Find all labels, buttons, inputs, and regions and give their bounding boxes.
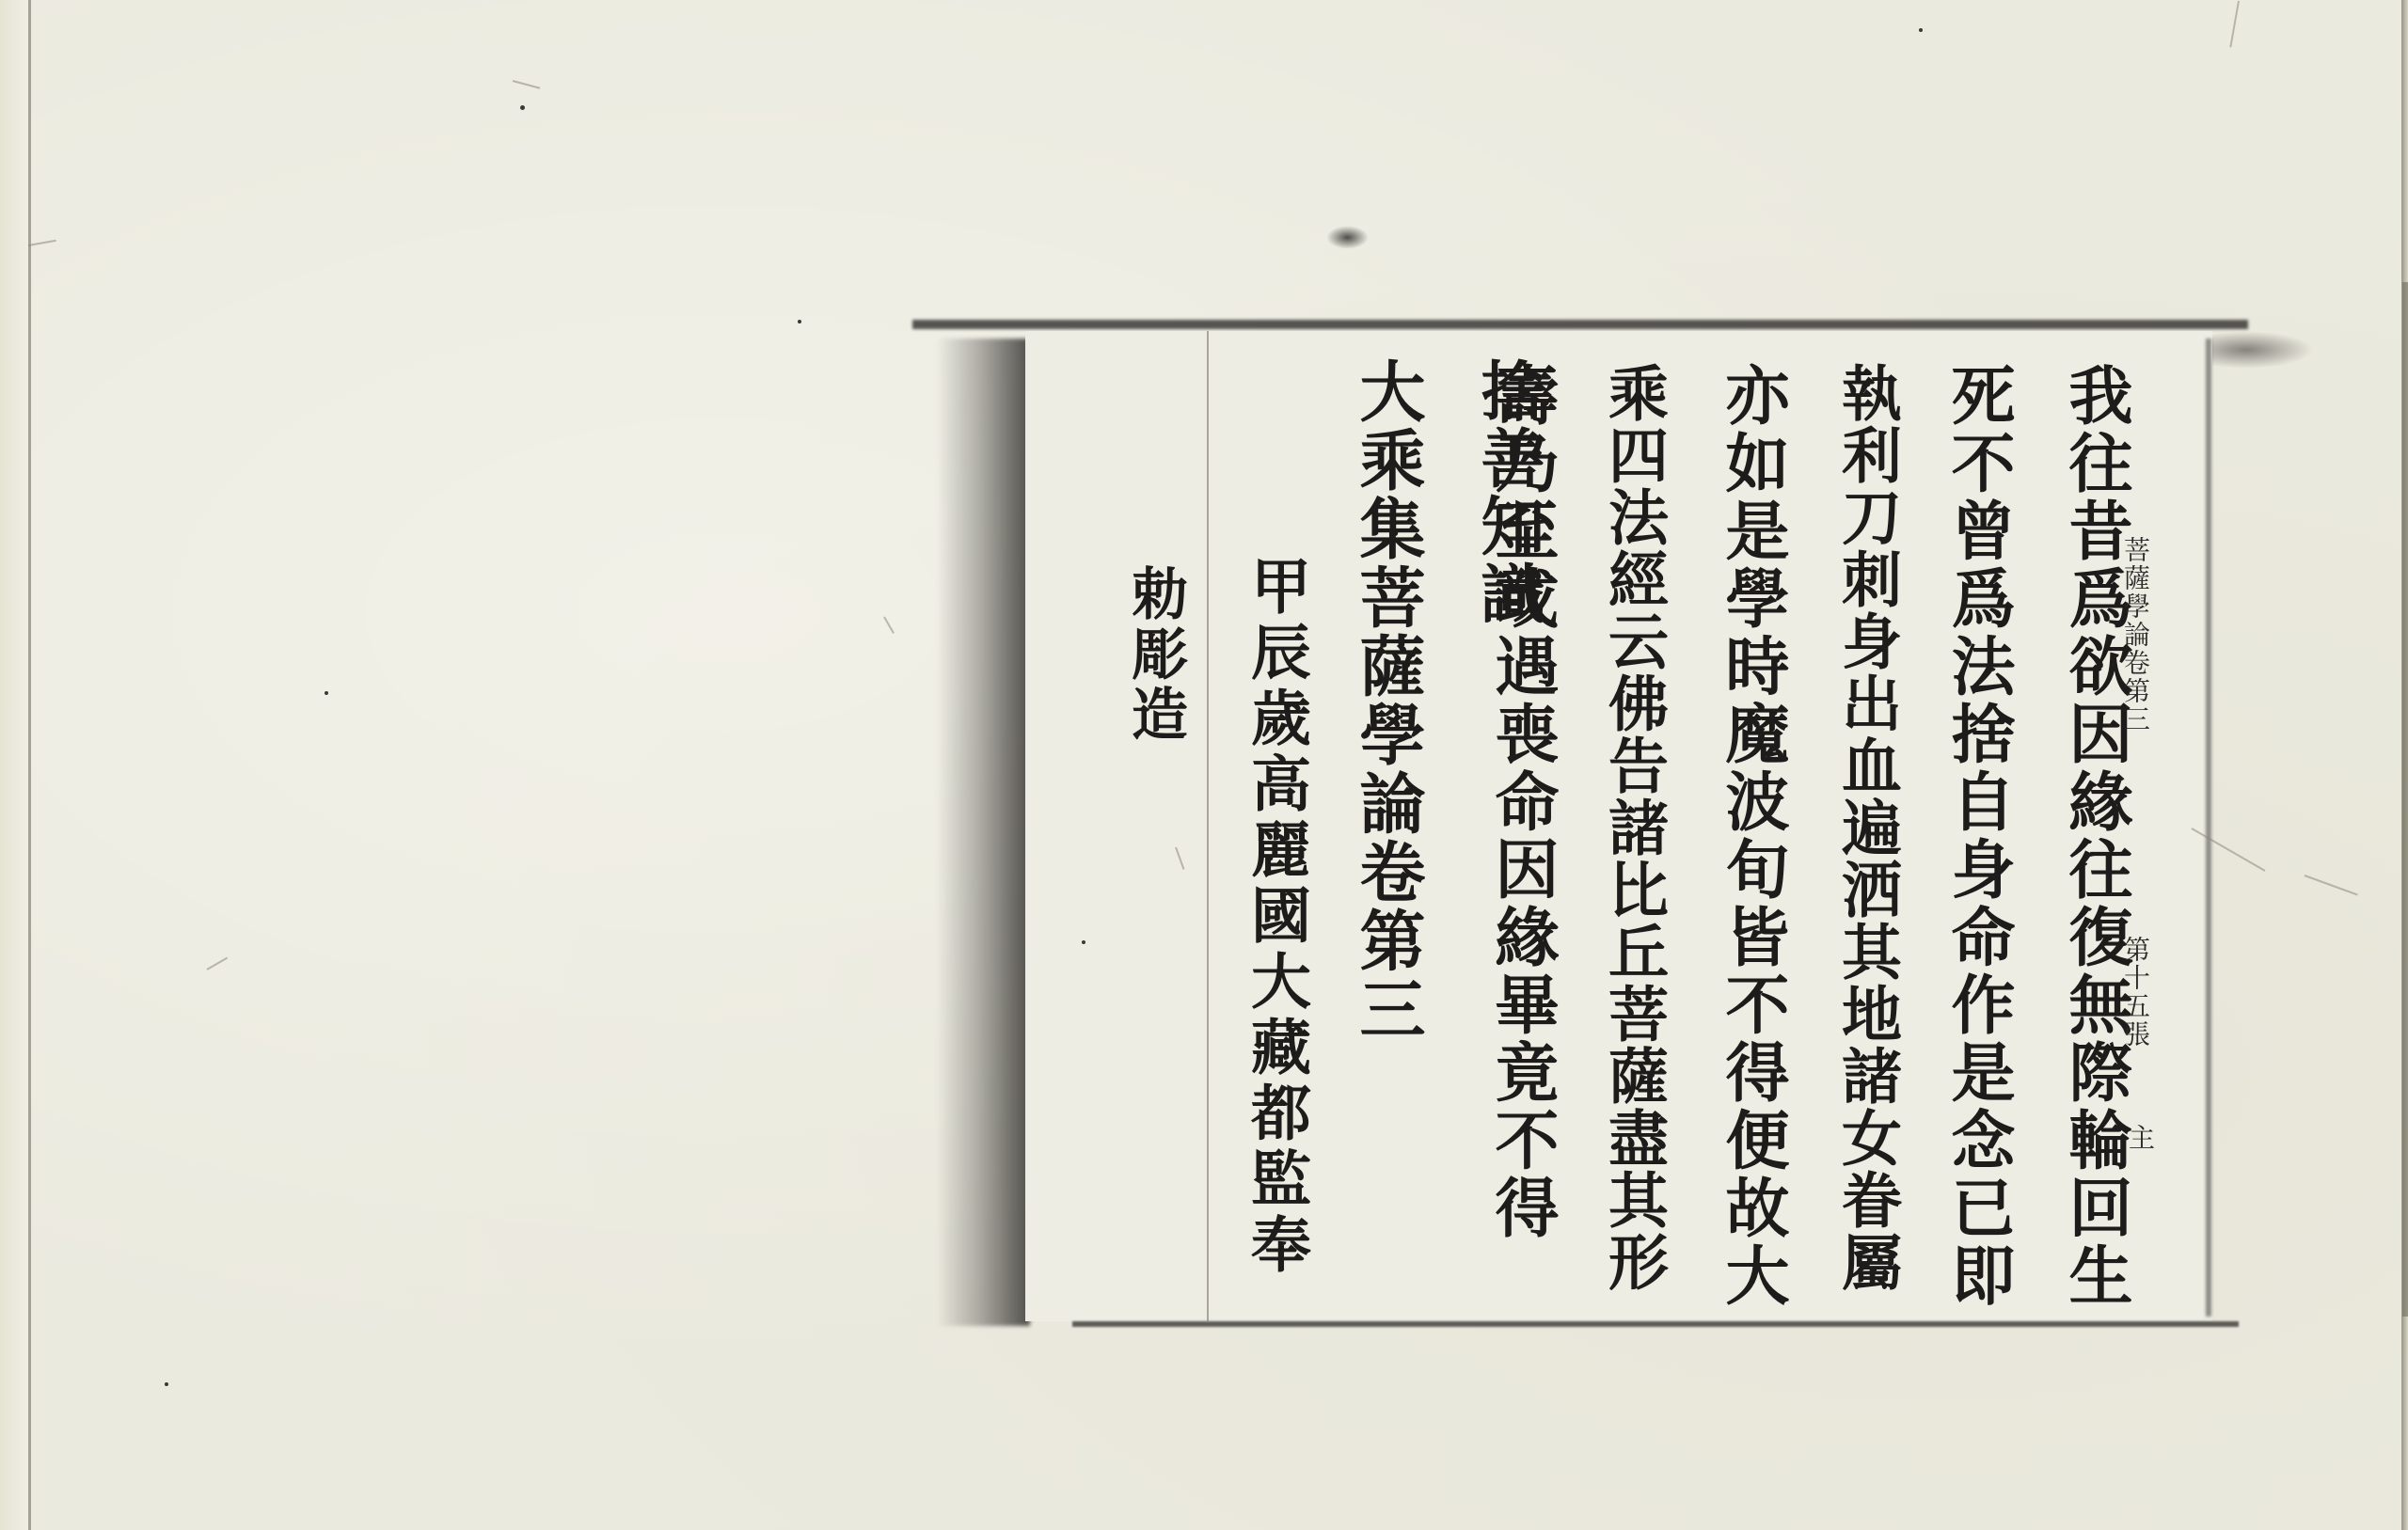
left-page-margin: [0, 0, 28, 1530]
text-column-1: 我往昔爲欲因緣往復無際輪回生: [2051, 362, 2142, 1310]
paper-speck: [1919, 28, 1923, 32]
ink-blot: [1326, 226, 1369, 249]
colophon: 甲辰歲高麗國大藏都監奉: [1232, 555, 1319, 1279]
right-binding-shadow: [2402, 282, 2408, 1317]
paper-fiber: [883, 617, 895, 634]
paper-speck: [165, 1382, 168, 1386]
document-page: 我往昔爲欲因緣往復無際輪回生 死不曾爲法捨自身命作是念已即 執利刀刺身出血遍洒其…: [0, 0, 2408, 1530]
block-edge-top: [912, 320, 2248, 329]
paper-fiber: [28, 240, 56, 246]
paper-speck: [520, 105, 525, 110]
paper-speck: [325, 691, 328, 695]
text-column-3: 執利刀刺身出血遍洒其地諸女眷屬: [1823, 362, 1909, 1293]
margin-title-note: 菩薩學論卷第三: [2116, 536, 2154, 733]
left-fold-line: [28, 0, 31, 1530]
leaf-number: 第十五張: [2116, 936, 2154, 1049]
paper-fiber: [2305, 875, 2358, 895]
paper-fiber: [2229, 1, 2240, 48]
column-divider-rule: [1207, 331, 1209, 1321]
block-edge-bottom: [1072, 1321, 2239, 1327]
paper-fiber: [207, 957, 229, 970]
text-column-2: 死不曾爲法捨自身命作是念已即: [1933, 362, 2024, 1310]
imperial-edict-line: 勅彫造: [1115, 564, 1196, 745]
block-edge-right: [2206, 339, 2211, 1317]
carver-mark: 主: [2121, 1124, 2159, 1152]
ink-smudge-top-right: [2201, 331, 2314, 369]
text-column-5: 乘四法經云佛告諸比丘菩薩盡其形: [1590, 362, 1676, 1293]
scroll-title: 大乘集菩薩學論卷第三: [1340, 357, 1435, 1044]
ink-smudge-left: [936, 339, 1030, 1326]
paper-fiber: [513, 80, 540, 89]
paper-speck: [798, 320, 801, 323]
text-column-7: 捨善知識: [1463, 357, 1554, 628]
text-column-4: 亦如是學時魔波旬皆不得便故大: [1707, 362, 1798, 1310]
paper-speck: [1082, 940, 1085, 944]
